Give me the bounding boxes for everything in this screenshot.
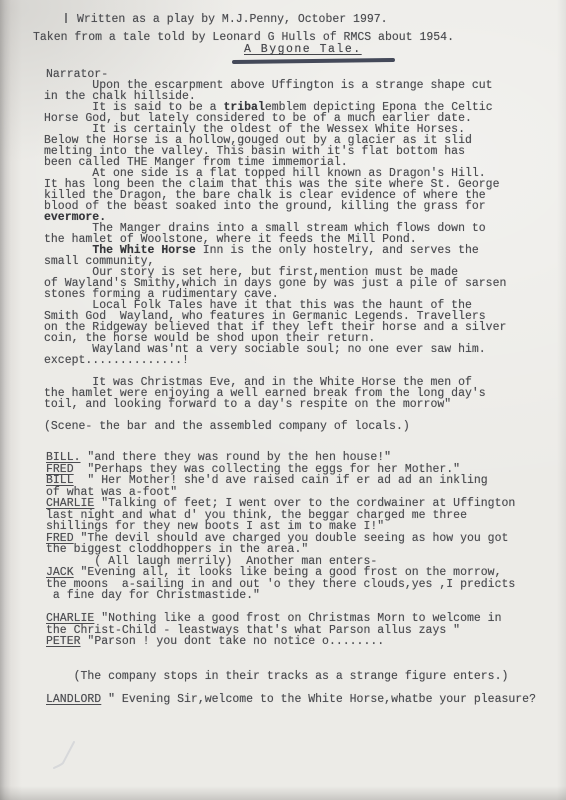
dialogue-line: CHARLIE "Nothing like a good frost on Ch…	[46, 613, 536, 625]
dialogue-line: LANDLORD " Evening Sir,welcome to the Wh…	[46, 694, 536, 706]
page-bottom-shadow	[0, 786, 566, 800]
narration-block: Upon the escarpment above Uffington is a…	[44, 80, 506, 432]
dialogue-line: BILL. "and there they was round by the h…	[46, 452, 536, 464]
speaker-name: LANDLORD	[46, 693, 101, 706]
title-underline	[232, 58, 395, 64]
text-line: (Scene- the bar and the assembled compan…	[44, 421, 506, 432]
dialogue-line: JACK "Evening all, it looks like being a…	[46, 567, 536, 579]
text-line: (The company stops in their tracks as a …	[46, 671, 536, 683]
scanned-page: Written as a play by M.J.Penny, October …	[0, 0, 566, 800]
dialogue-line: CHARLIE "Talking of feet; I went over to…	[46, 498, 536, 510]
dialogue-block: BILL. "and there they was round by the h…	[46, 452, 536, 705]
text-line: a fine day for Christmastide."	[46, 590, 536, 602]
blank-line	[46, 648, 536, 660]
dialogue-line: PETER "Parson ! you dont take no notice …	[46, 636, 536, 648]
page-title: A Bygone Tale.	[244, 43, 362, 56]
text-line: blood of the beast soaked into the groun…	[44, 201, 506, 212]
margin-tick-mark	[65, 13, 67, 23]
blank-line	[46, 659, 536, 671]
dialogue-line: BILL " Her Mother! she'd ave raised cain…	[46, 475, 536, 487]
byline: Written as a play by M.J.Penny, October …	[77, 13, 388, 26]
blank-line	[46, 682, 536, 694]
text-line: shillings for they new boots I ast im to…	[46, 521, 536, 533]
pencil-check-mark	[48, 732, 88, 777]
text-line: except..............!	[44, 355, 506, 366]
text-line: toil, and looking forward to a day's res…	[44, 399, 506, 410]
text-line: the biggest cloddhoppers in the area."	[46, 544, 536, 556]
